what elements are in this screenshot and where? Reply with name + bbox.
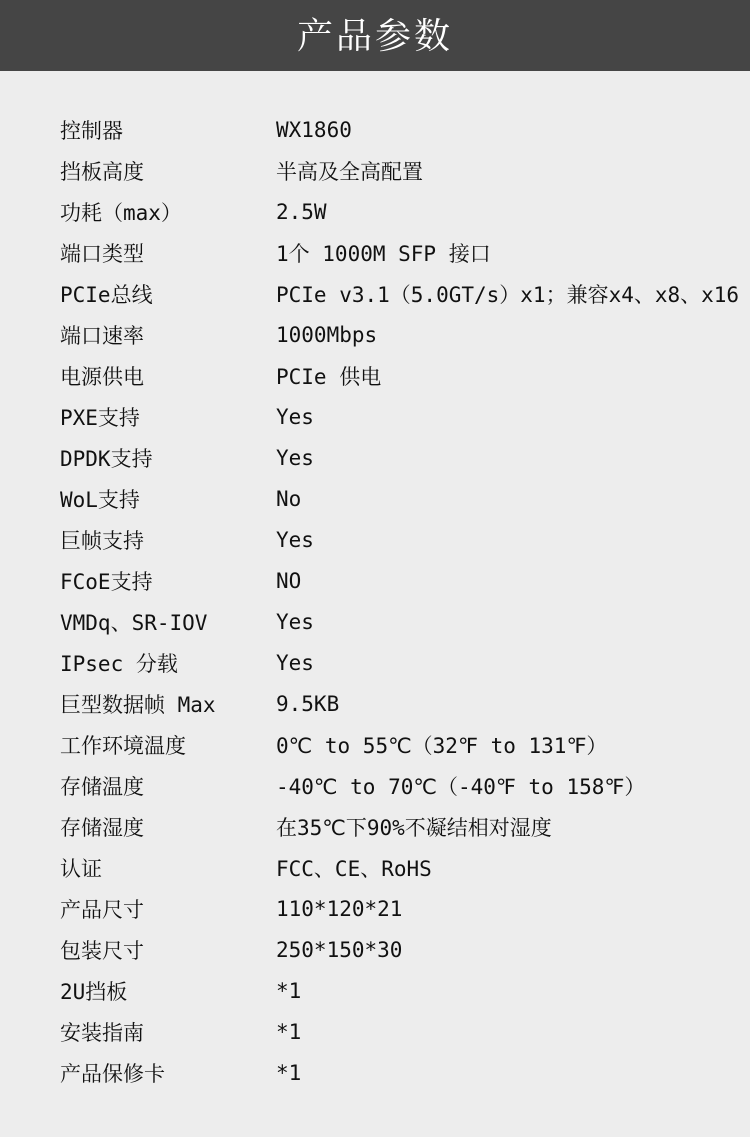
spec-row: 存储温度 -40℃ to 70℃（-40℉ to 158℉） <box>0 765 750 806</box>
spec-value: 1个 1000M SFP 接口 <box>276 238 491 268</box>
spec-label: DPDK支持 <box>60 443 276 473</box>
spec-value: 0℃ to 55℃（32℉ to 131℉） <box>276 730 607 760</box>
spec-value: NO <box>276 569 301 593</box>
page-title: 产品参数 <box>297 17 453 55</box>
spec-row: 认证 FCC、CE、RoHS <box>0 847 750 888</box>
spec-value: Yes <box>276 651 314 675</box>
spec-row: 控制器 WX1860 <box>0 109 750 150</box>
spec-row: 电源供电 PCIe 供电 <box>0 355 750 396</box>
spec-label: 包装尺寸 <box>60 935 276 965</box>
spec-row: 端口速率 1000Mbps <box>0 314 750 355</box>
spec-row: 挡板高度 半高及全高配置 <box>0 150 750 191</box>
spec-value: 在35℃下90%不凝结相对湿度 <box>276 812 552 842</box>
spec-row: 包装尺寸 250*150*30 <box>0 929 750 970</box>
spec-label: PXE支持 <box>60 402 276 432</box>
spec-label: 巨型数据帧 Max <box>60 689 276 719</box>
spec-row: 功耗（max） 2.5W <box>0 191 750 232</box>
spec-value: PCIe 供电 <box>276 361 381 391</box>
spec-label: VMDq、SR-IOV <box>60 607 276 637</box>
spec-row: PCIe总线 PCIe v3.1（5.0GT/s）x1；兼容x4、x8、x16 <box>0 273 750 314</box>
spec-label: 端口类型 <box>60 238 276 268</box>
spec-value: *1 <box>276 1061 301 1085</box>
spec-value: PCIe v3.1（5.0GT/s）x1；兼容x4、x8、x16 <box>276 279 739 309</box>
spec-row: DPDK支持 Yes <box>0 437 750 478</box>
spec-label: IPsec 分载 <box>60 648 276 678</box>
spec-row: IPsec 分载 Yes <box>0 642 750 683</box>
spec-row: 巨型数据帧 Max 9.5KB <box>0 683 750 724</box>
spec-value: 250*150*30 <box>276 938 402 962</box>
spec-row: 端口类型 1个 1000M SFP 接口 <box>0 232 750 273</box>
spec-label: WoL支持 <box>60 484 276 514</box>
spec-value: -40℃ to 70℃（-40℉ to 158℉） <box>276 771 645 801</box>
spec-row: WoL支持 No <box>0 478 750 519</box>
spec-label: 端口速率 <box>60 320 276 350</box>
spec-label: FCoE支持 <box>60 566 276 596</box>
spec-row: VMDq、SR-IOV Yes <box>0 601 750 642</box>
spec-label: 电源供电 <box>60 361 276 391</box>
spec-row: PXE支持 Yes <box>0 396 750 437</box>
spec-row: 产品尺寸 110*120*21 <box>0 888 750 929</box>
spec-value: Yes <box>276 446 314 470</box>
spec-value: No <box>276 487 301 511</box>
spec-value: Yes <box>276 610 314 634</box>
spec-label: 2U挡板 <box>60 976 276 1006</box>
spec-row: 产品保修卡 *1 <box>0 1052 750 1093</box>
spec-label: 挡板高度 <box>60 156 276 186</box>
spec-label: 认证 <box>60 853 276 883</box>
spec-label: 功耗（max） <box>60 197 276 227</box>
spec-label: 工作环境温度 <box>60 730 276 760</box>
spec-row: 巨帧支持 Yes <box>0 519 750 560</box>
spec-value: 9.5KB <box>276 692 339 716</box>
spec-value: Yes <box>276 528 314 552</box>
spec-list: 控制器 WX1860 挡板高度 半高及全高配置 功耗（max） 2.5W 端口类… <box>0 71 750 1093</box>
spec-label: PCIe总线 <box>60 279 276 309</box>
page-header: 产品参数 <box>0 0 750 71</box>
spec-label: 控制器 <box>60 115 276 145</box>
spec-value: 2.5W <box>276 200 327 224</box>
spec-value: 110*120*21 <box>276 897 402 921</box>
spec-label: 安装指南 <box>60 1017 276 1047</box>
spec-row: 2U挡板 *1 <box>0 970 750 1011</box>
spec-value: *1 <box>276 979 301 1003</box>
spec-row: 安装指南 *1 <box>0 1011 750 1052</box>
spec-label: 存储湿度 <box>60 812 276 842</box>
spec-row: 存储湿度 在35℃下90%不凝结相对湿度 <box>0 806 750 847</box>
spec-value: *1 <box>276 1020 301 1044</box>
spec-label: 产品保修卡 <box>60 1058 276 1088</box>
spec-row: 工作环境温度 0℃ to 55℃（32℉ to 131℉） <box>0 724 750 765</box>
spec-label: 巨帧支持 <box>60 525 276 555</box>
spec-label: 产品尺寸 <box>60 894 276 924</box>
spec-row: FCoE支持 NO <box>0 560 750 601</box>
spec-value: WX1860 <box>276 118 352 142</box>
spec-label: 存储温度 <box>60 771 276 801</box>
spec-value: FCC、CE、RoHS <box>276 853 432 883</box>
spec-value: 半高及全高配置 <box>276 156 423 186</box>
spec-value: Yes <box>276 405 314 429</box>
spec-value: 1000Mbps <box>276 323 377 347</box>
